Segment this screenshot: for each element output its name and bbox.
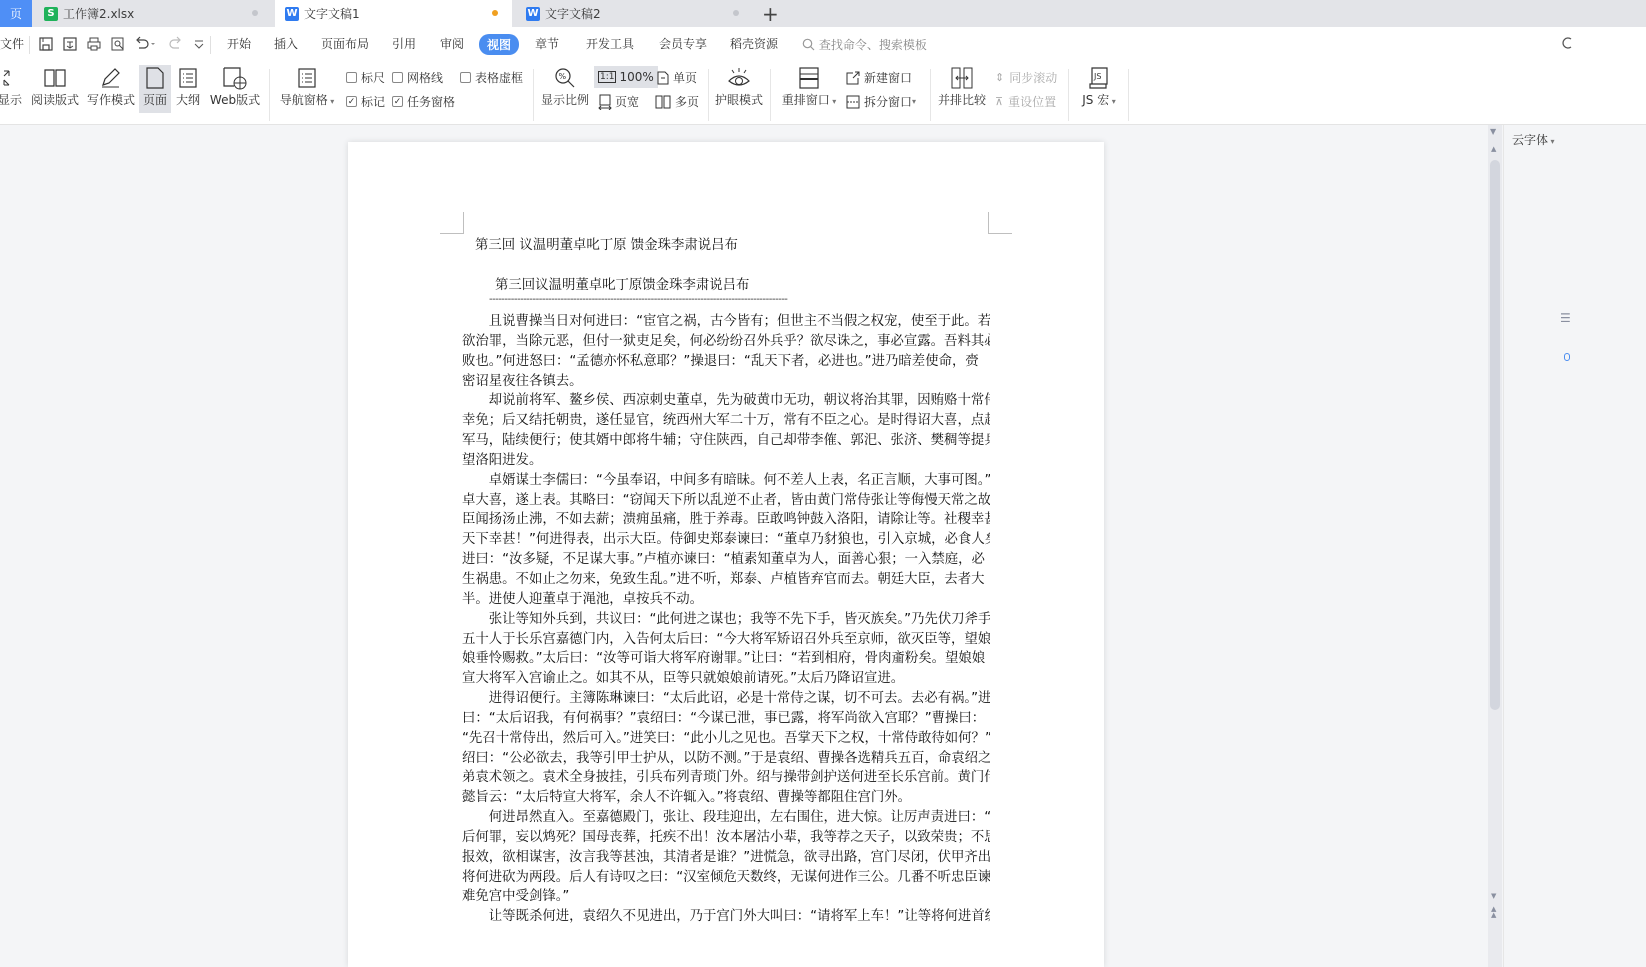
navigation-pane-button[interactable]: 导航窗格 ▾: [278, 65, 336, 113]
outline-icon: [178, 65, 198, 91]
checkbox-box[interactable]: [346, 72, 357, 83]
tab-label: 文字文稿1: [304, 5, 360, 22]
navigation-pane-label: 导航窗格: [280, 93, 328, 107]
arrange-windows-label: 重排窗口: [782, 93, 830, 107]
gridlines-checkbox[interactable]: 网格线: [392, 69, 443, 86]
text-line: 绍曰：“公必欲去，我等引甲士护从，以防不测。”于是袁绍、曹操各选精兵五百，命袁绍…: [462, 749, 990, 769]
new-tab-button[interactable]: +: [762, 2, 779, 26]
table-gridlines-checkbox[interactable]: 表格虚框: [460, 69, 523, 86]
cloud-font-label: 云字体: [1512, 133, 1548, 147]
text-line: 军马，陆续便行；使其婿中郎将牛辅；守住陕西，自己却带李傕、郭汜、张济、樊稠等提兵: [462, 431, 990, 451]
tab-label: 文字文稿2: [545, 5, 601, 22]
tab-document2[interactable]: W 文字文稿2: [516, 0, 753, 27]
tab-home[interactable]: 页: [0, 0, 32, 27]
divider: [770, 69, 771, 121]
text-line: 娘垂怜赐救。”太后曰：“汝等可诣大将军府谢罪。”让曰：“若到相府，骨肉齑粉矣。望…: [462, 649, 990, 669]
scroll-up-icon[interactable]: ▲: [1491, 145, 1496, 153]
js-macro-label: JS 宏: [1082, 93, 1109, 107]
menu-start[interactable]: 开始: [227, 35, 251, 52]
redo-icon[interactable]: [167, 36, 183, 56]
panel-indicator-icon[interactable]: [1564, 353, 1570, 361]
spreadsheet-icon: S: [44, 7, 58, 21]
sync-scroll-icon: ⇕: [995, 71, 1004, 84]
zoom-100-button[interactable]: 1:1 100%: [594, 66, 658, 88]
margin-corner-top-left: [440, 212, 464, 234]
ribbon-view: 显示 阅读版式 写作模式 页面 大纲 Web版式 导航窗格 ▾ 标尺 网格线 表…: [0, 63, 1646, 125]
text-line: 卓大喜，遂上表。其略曰：“窃闻天下所以乱逆不止者，皆由黄门常侍张让等侮慢天常之故…: [462, 491, 990, 511]
tab-home-label: 页: [10, 5, 22, 22]
single-page-icon: [657, 71, 669, 85]
new-window-label: 新建窗口: [864, 69, 912, 86]
new-window-icon: [846, 71, 860, 85]
unsaved-indicator[interactable]: [492, 10, 498, 16]
search-icon: [802, 38, 815, 51]
outline-button[interactable]: 大纲: [174, 65, 202, 113]
one-page-label: 单页: [673, 69, 697, 86]
scroll-down-icon[interactable]: ▼: [1491, 892, 1496, 900]
page-view-button[interactable]: 页面: [139, 65, 171, 113]
menu-chapter[interactable]: 章节: [535, 35, 559, 52]
menu-page-layout[interactable]: 页面布局: [321, 35, 369, 52]
sync-scroll-label: 同步滚动: [1009, 69, 1057, 86]
ruler-label: 标尺: [361, 69, 385, 86]
text-line: 将何进砍为两段。后人有诗叹之曰：“汉室倾危天数终，无谋何进作三公。几番不听忠臣谏…: [462, 868, 990, 888]
menu-review[interactable]: 审阅: [440, 35, 464, 52]
pen-icon: [99, 65, 123, 91]
task-pane: 云字体 ▾ ☰: [1503, 125, 1646, 967]
svg-text:%: %: [559, 72, 567, 81]
margin-corner-top-right: [988, 212, 1012, 234]
checkbox-box[interactable]: [460, 72, 471, 83]
text-line: 宣大将军入宫谕止之。如其不从，臣等只就娘娘前请死。”太后乃降诏宣进。: [462, 669, 990, 689]
table-gridlines-label: 表格虚框: [475, 69, 523, 86]
zoom-100-label: 100%: [619, 70, 653, 84]
marks-checkbox[interactable]: ✓标记: [346, 93, 385, 110]
text-line: 报效，欲相谋害，汝言我等甚浊，其清者是谁？”进慌急，欲寻出路，宫门尽闭，伏甲齐出…: [462, 848, 990, 868]
text-line: 五十人于长乐宫嘉德门内，入告何太后曰：“今大将军矫诏召外兵至京师，欲灭臣等，望娘: [462, 630, 990, 650]
text-line: 曰：“太后诏我，有何祸事？”袁绍曰：“今谋已泄，事已露，将军尚欲入宫耶？”曹操曰…: [462, 709, 990, 729]
scrollbar-thumb[interactable]: [1490, 160, 1500, 710]
arrange-windows-icon: [798, 65, 820, 91]
print-preview-icon[interactable]: [110, 36, 126, 56]
text-line: 臣闻扬汤止沸，不如去薪；溃痈虽痛，胜于养毒。臣敢鸣钟鼓入洛阳，请除让等。社稷幸甚…: [462, 510, 990, 530]
sync-scroll-button[interactable]: ⇕ 同步滚动: [995, 69, 1057, 86]
text-line: 后何罪，妄以鸩死？国母丧葬，托疾不出！汝本屠沽小辈，我等荐之天子，以致荣贵；不思: [462, 828, 990, 848]
menu-file[interactable]: 文件: [0, 35, 24, 52]
menu-view[interactable]: 视图: [479, 34, 519, 55]
previous-page-icon[interactable]: ▲▲: [1491, 906, 1496, 918]
book-icon: [43, 65, 67, 91]
js-scroll-icon: JS: [1088, 65, 1110, 91]
menu-references[interactable]: 引用: [392, 35, 416, 52]
reset-position-button[interactable]: ⊼ 重设位置: [995, 93, 1056, 110]
divider: [210, 36, 211, 54]
panel-menu-icon[interactable]: ☰: [1560, 311, 1571, 325]
writing-mode-button[interactable]: 写作模式: [86, 65, 136, 113]
navigation-icon: [297, 65, 317, 91]
undo-icon[interactable]: [134, 36, 156, 56]
cloud-font-dropdown[interactable]: 云字体 ▾: [1512, 131, 1555, 148]
text-line: 生祸患。不如止之勿来，免致生乱。”进不听，郑泰、卢植皆弃官而去。朝廷大臣，去者大: [462, 570, 990, 590]
checkbox-box[interactable]: [392, 72, 403, 83]
separator-line: ----------------------------------------…: [489, 294, 815, 305]
divider: [1068, 69, 1069, 121]
menu-developer[interactable]: 开发工具: [586, 35, 634, 52]
actual-size-icon: 1:1: [598, 71, 616, 83]
ruler-checkbox[interactable]: 标尺: [346, 69, 385, 86]
task-pane-label: 任务窗格: [407, 93, 455, 110]
text-line: 让等既杀何进，袁绍久不见进出，乃于宫门外大叫曰：“请将军上车！”让等将何进首级: [462, 907, 990, 927]
text-line: 败也。”何进怒曰：“孟德亦怀私意耶？”操退曰：“乱天下者，必进也。”进乃暗差使命…: [462, 352, 990, 372]
task-pane-checkbox[interactable]: ✓任务窗格: [392, 93, 455, 110]
sync-icon[interactable]: [1562, 36, 1574, 53]
menu-insert[interactable]: 插入: [274, 35, 298, 52]
page-icon: [145, 65, 165, 91]
split-window-button[interactable]: 拆分窗口 ▾: [846, 93, 916, 110]
multi-page-button[interactable]: 多页: [655, 93, 699, 110]
eye-protection-label: 护眼模式: [715, 91, 763, 108]
compare-icon: [950, 65, 974, 91]
text-line: 进得诏便行。主簿陈琳谏曰：“太后此诏，必是十常侍之谋，切不可去。去必有祸。”进: [462, 689, 990, 709]
zoom-ratio-button[interactable]: % 显示比例: [540, 65, 590, 113]
side-by-side-label: 并排比较: [938, 91, 986, 108]
split-handle-icon[interactable]: ▼: [1490, 127, 1496, 136]
text-line: 天下幸甚！”何进得表，出示大臣。侍御史郑泰谏曰：“董卓乃豺狼也，引入京城，必食人…: [462, 530, 990, 550]
multi-page-label: 多页: [675, 93, 699, 110]
writer-icon: W: [526, 7, 540, 21]
page-view-label: 页面: [143, 91, 167, 108]
text-line: 欲治罪，当除元恶，但付一狱吏足矣，何必纷纷召外兵乎？欲尽诛之，事必宣露。吾料其必: [462, 332, 990, 352]
page-width-button[interactable]: 页宽: [598, 93, 639, 110]
divider: [1128, 69, 1129, 121]
eye-icon: [726, 65, 752, 91]
checkmark-icon[interactable]: ✓: [392, 96, 403, 107]
web-page-icon: [222, 65, 248, 91]
text-line: 却说前将军、鳌乡侯、西凉刺史董卓，先为破黄巾无功，朝议将治其罪，因贿赂十常侍: [462, 391, 990, 411]
divider: [930, 69, 931, 121]
one-page-button[interactable]: 单页: [657, 69, 697, 86]
reset-position-label: 重设位置: [1008, 93, 1056, 110]
eye-protection-button[interactable]: 护眼模式: [714, 65, 764, 113]
split-window-label: 拆分窗口: [864, 93, 912, 110]
document-heading: 第三回 议温明董卓叱丁原 馈金珠李肃说吕布: [475, 234, 738, 253]
checkmark-icon[interactable]: ✓: [346, 96, 357, 107]
marks-label: 标记: [361, 93, 385, 110]
multi-page-icon: [655, 95, 671, 109]
text-line: 卓婿谋士李儒曰：“今虽奉诏，中间多有暗昧。何不差人上表，名正言顺，大事可图。”: [462, 471, 990, 491]
divider: [269, 69, 270, 121]
tab-label: 工作簿2.xlsx: [63, 5, 134, 22]
divider: [533, 69, 534, 121]
gridlines-label: 网格线: [407, 69, 443, 86]
text-line: 何进昂然直入。至嘉德殿门，张让、段珪迎出，左右围住，进大惊。让厉声责进曰：“董: [462, 808, 990, 828]
search-placeholder: 查找命令、搜索模板: [819, 38, 927, 52]
document-body[interactable]: 且说曹操当日对何进曰：“宦官之祸，古今皆有；但世主不当假之权宠，使至于此。若 欲…: [462, 312, 990, 927]
arrange-windows-button[interactable]: 重排窗口 ▾: [780, 65, 838, 113]
svg-text:JS: JS: [1093, 72, 1101, 81]
new-window-button[interactable]: 新建窗口: [846, 69, 912, 86]
zoom-ratio-label: 显示比例: [541, 91, 589, 108]
text-line: 且说曹操当日对何进曰：“宦官之祸，古今皆有；但世主不当假之权宠，使至于此。若: [462, 312, 990, 332]
text-line: 张让等知外兵到，共议曰：“此何进之谋也；我等不先下手，皆灭族矣。”乃先伏刀斧手: [462, 610, 990, 630]
text-line: 幸免；后又结托朝贵，遂任显官，统西州大军二十万，常有不臣之心。是时得诏大喜，点起: [462, 411, 990, 431]
fullscreen-icon: [2, 65, 18, 91]
customize-quick-access-icon[interactable]: [193, 36, 205, 56]
divider: [29, 36, 30, 54]
fullscreen-label: 显示: [0, 91, 22, 108]
text-line: 懿旨云：“太后特宣大将军，余人不许辄入。”将袁绍、曹操等都阻住宫门外。: [462, 788, 990, 808]
print-icon[interactable]: [86, 36, 102, 56]
tab-document1[interactable]: W 文字文稿1: [275, 0, 512, 27]
web-layout-label: Web版式: [210, 91, 260, 108]
text-line: “先召十常侍出，然后可入。”进笑曰：“此小儿之见也。吾掌天下之权，十常侍敢待如何…: [462, 729, 990, 749]
save-icon[interactable]: [38, 36, 54, 56]
text-line: 难免宫中受剑锋。”: [462, 887, 990, 907]
js-macro-button[interactable]: JS JS 宏 ▾: [1076, 65, 1122, 113]
page-width-label: 页宽: [615, 93, 639, 110]
export-icon[interactable]: [62, 36, 78, 56]
reset-position-icon: ⊼: [995, 95, 1003, 108]
command-search[interactable]: 查找命令、搜索模板: [802, 36, 927, 53]
zoom-percent-icon: %: [553, 65, 577, 91]
menu-docer-resources[interactable]: 稻壳资源: [730, 35, 778, 52]
tab-workbook2[interactable]: S 工作簿2.xlsx: [34, 0, 272, 27]
split-window-icon: [846, 95, 860, 109]
text-line: 半。进使人迎董卓于渑池，卓按兵不动。: [462, 590, 990, 610]
fullscreen-button[interactable]: 显示: [0, 65, 24, 113]
text-line: 弟袁术领之。袁术全身披挂，引兵布列青琐门外。绍与操带剑护送何进至长乐宫前。黄门传: [462, 768, 990, 788]
text-line: 望洛阳进发。: [462, 451, 990, 471]
writing-mode-label: 写作模式: [87, 91, 135, 108]
page-width-icon: [598, 94, 612, 110]
web-layout-button[interactable]: Web版式: [208, 65, 262, 113]
divider: [708, 69, 709, 121]
reading-layout-button[interactable]: 阅读版式: [30, 65, 80, 113]
chapter-title: 第三回议温明董卓叱丁原馈金珠李肃说吕布: [495, 274, 749, 293]
writer-icon: W: [285, 7, 299, 21]
tab-close-dot[interactable]: [252, 10, 258, 16]
side-by-side-button[interactable]: 并排比较: [937, 65, 987, 113]
reading-layout-label: 阅读版式: [31, 91, 79, 108]
tab-close-dot[interactable]: [733, 10, 739, 16]
text-line: 进曰：“汝多疑，不足谋大事。”卢植亦谏曰：“植素知董卓为人，面善心狠；一入禁庭，…: [462, 550, 990, 570]
text-line: 密诏星夜往各镇去。: [462, 372, 990, 392]
menu-member[interactable]: 会员专享: [659, 35, 707, 52]
outline-label: 大纲: [176, 91, 200, 108]
menu-bar: 文件 开始 插入 页面布局 引用 审阅 视图 章节 开发工具 会员专享 稻壳资源…: [0, 27, 1646, 63]
tab-bar: 页 S 工作簿2.xlsx W 文字文稿1 W 文字文稿2 +: [0, 0, 1646, 27]
